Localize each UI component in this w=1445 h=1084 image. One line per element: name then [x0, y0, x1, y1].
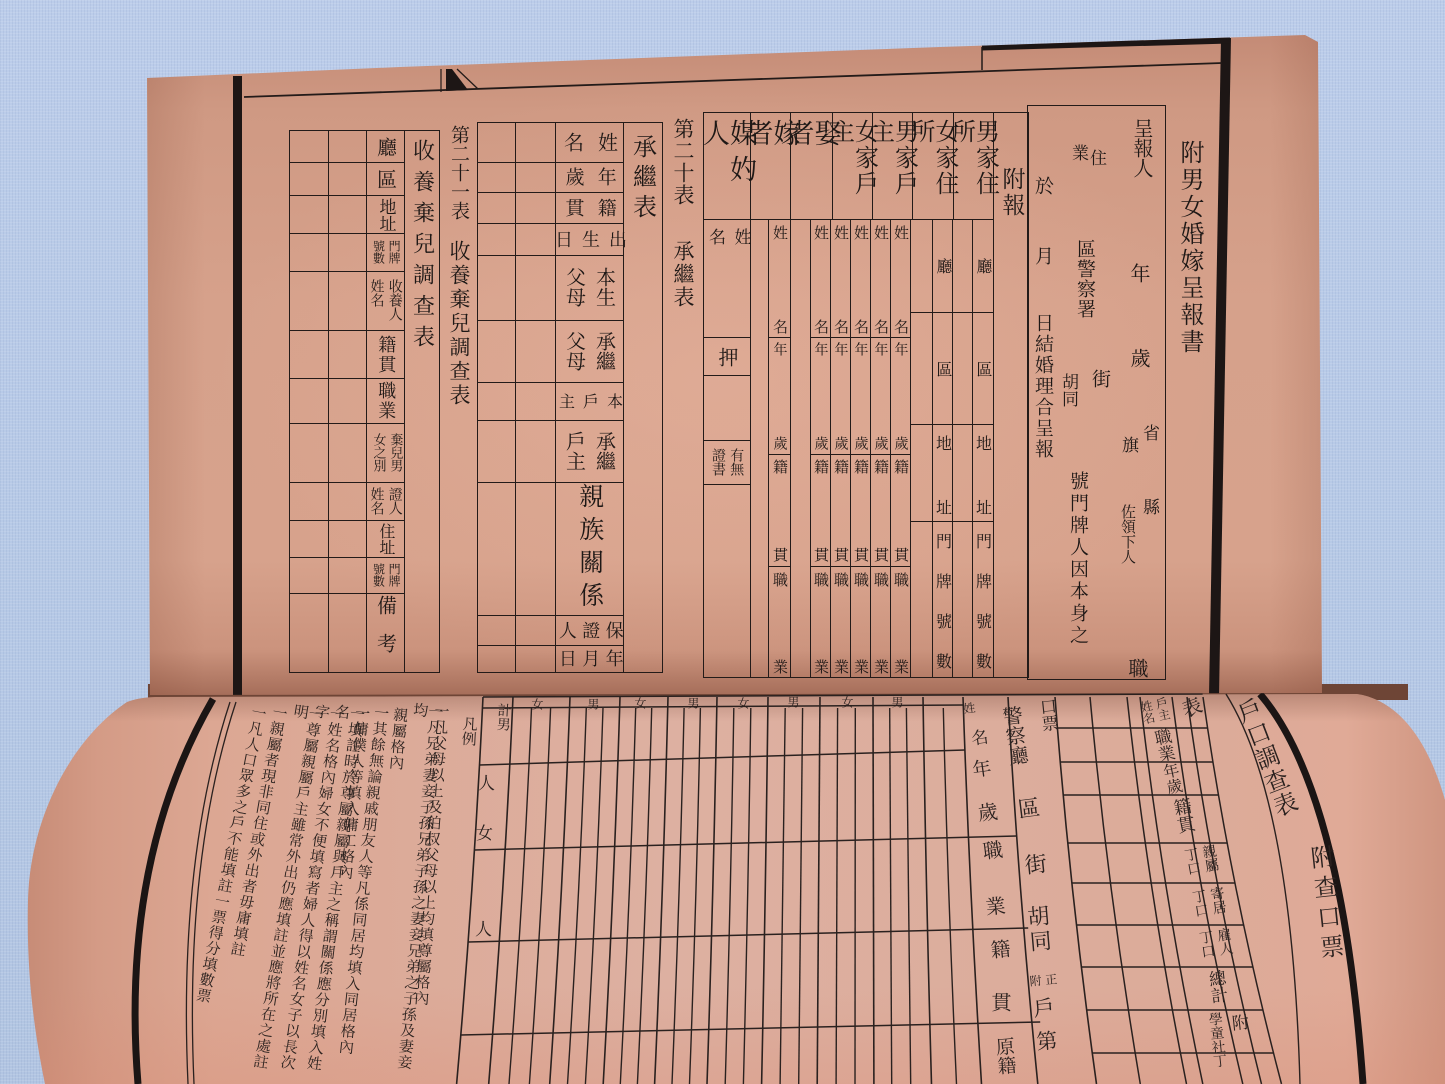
- matchmaker-column: 姓名 押 有無證書: [704, 220, 751, 677]
- household-field-label: 親屬丁口: [1180, 843, 1221, 878]
- field-cell: 年歲: [831, 338, 850, 455]
- table-row: 區: [290, 163, 405, 196]
- row-label-cell: 門牌號數: [367, 558, 405, 593]
- row-label: 廳: [373, 137, 399, 157]
- left-thick-rule: [233, 76, 242, 696]
- field-label: 年歲: [894, 338, 908, 454]
- address-label-cell: 地址: [933, 425, 953, 521]
- address-label: 門牌號數: [935, 522, 951, 677]
- row-label: 地址: [374, 198, 396, 232]
- row-label: 備考: [373, 595, 399, 671]
- field-cell: 職業: [871, 567, 890, 677]
- field-label: 姓名: [772, 220, 787, 337]
- blank-cell: [478, 421, 516, 482]
- table-row: 籍貫: [478, 193, 624, 224]
- book-photo: 戶口調查表 附查口票 表 戶主姓名 職業 年歲 籍貫 親屬丁口 寄居丁口 雇人丁…: [0, 0, 1445, 1084]
- adoption-table-body: 廳 區 地址 門牌號數 收養人姓名 籍貫 職業 棄兒男女之別 證人姓名 住址 門…: [290, 131, 405, 672]
- blank-cell: [516, 383, 556, 420]
- row-label-cell: 姓名: [556, 123, 624, 162]
- table-21-title-column: 收養棄兒調查表: [405, 131, 438, 672]
- table-row: 出生日: [478, 224, 624, 256]
- totals-label: 計男: [496, 703, 511, 732]
- banner-label: 旗: [1119, 436, 1136, 453]
- blank-cell: [329, 424, 367, 482]
- row-label-cell: 地址: [367, 196, 405, 233]
- table-row: 職業: [290, 379, 405, 424]
- blank-cell: [911, 425, 933, 521]
- ticket-heading: 口票: [1036, 697, 1056, 733]
- row-label: 收養人姓名: [367, 279, 403, 322]
- census-form-title: 戶口調查表: [1232, 696, 1299, 821]
- census-form-subtitle: 附查口票: [1307, 844, 1343, 966]
- address-label: 地址: [975, 425, 991, 521]
- blank-cell: [953, 313, 973, 424]
- previous-title-tail: 表: [1178, 695, 1204, 721]
- age-label: 歲: [1129, 348, 1149, 368]
- field-cell: 姓名: [811, 220, 830, 338]
- blank-cell: [290, 163, 329, 195]
- row-label-cell: 住址: [367, 521, 405, 557]
- field-cell: 職業: [831, 567, 850, 677]
- attach-report-label: 附報: [1000, 167, 1023, 219]
- field-cell: 職業: [891, 567, 910, 677]
- blank-cell: [290, 594, 329, 672]
- matchmaker-seal-label: 押: [714, 347, 740, 367]
- blank-cell: [290, 424, 329, 482]
- header-groom-family-address: 男家住所: [954, 113, 994, 219]
- field-cell: 籍貫: [851, 455, 870, 567]
- grid-header-male: 男: [687, 697, 699, 709]
- table-row: 親族關係: [478, 483, 624, 616]
- row-label: 門牌號數: [370, 563, 401, 588]
- table-row: 證人姓名: [290, 483, 405, 521]
- row-label-cell: 年月日: [556, 646, 624, 672]
- row-label: 證人姓名: [367, 487, 403, 516]
- occupation-tail-label: 業: [1069, 144, 1086, 161]
- house-number-clause: 號門牌人因本身之: [1068, 471, 1087, 647]
- field-label: 年歲: [834, 338, 848, 454]
- year-label: 年: [1129, 263, 1149, 283]
- field-cell: 年歲: [871, 338, 890, 455]
- address-label-cell: 門牌號數: [933, 522, 953, 677]
- table-row: 門牌號數: [290, 234, 405, 272]
- household-field-label: 學童社丁: [1207, 1011, 1227, 1068]
- row-label-cell: 籍貫: [556, 193, 624, 223]
- field-cell: 年歲: [811, 338, 830, 455]
- row-label: 出生日: [549, 230, 630, 249]
- blank-cell: [290, 558, 329, 593]
- row-label: 保證人: [554, 621, 624, 640]
- field-label: 籍貫: [772, 455, 787, 566]
- marriage-table-header-row: 媒妁人 嫁者 娶者 女家戶主 男家戶主 女家住所 男家住所: [704, 113, 994, 220]
- grid-header-female: 女: [634, 697, 646, 709]
- table-20-title-column: 承繼表: [624, 123, 661, 672]
- field-label: 姓名: [853, 220, 868, 337]
- marriage-report-table: 媒妁人 嫁者 娶者 女家戶主 男家戶主 女家住所 男家住所 姓名 押 有無證書: [703, 112, 1029, 678]
- field-label: 姓名: [873, 220, 888, 337]
- table-row: 門牌號數: [290, 558, 405, 594]
- matchmaker-name-cell: 姓名: [704, 220, 750, 338]
- address-row: 廳 廳: [911, 220, 993, 313]
- table-row: 年月日: [478, 646, 624, 672]
- certificate-label: 有無證書: [709, 448, 745, 477]
- field-cell: 姓名: [891, 220, 910, 338]
- field-label: 職業: [873, 567, 888, 677]
- ticket-street: 街: [1021, 852, 1045, 876]
- grid-header-male: 男: [787, 696, 799, 708]
- blank-cell: [329, 521, 367, 557]
- ticket-alley: 胡同: [1024, 904, 1050, 956]
- household-field-label: 戶主姓名: [1136, 696, 1172, 727]
- blank-cell: [516, 321, 556, 382]
- header-label: 男家住所: [950, 119, 998, 219]
- blank-cell: [516, 163, 556, 192]
- blank-cell: [478, 123, 516, 162]
- banner-company-label: 佐領下人: [1120, 504, 1135, 564]
- field-cell: 職業: [769, 567, 790, 677]
- matchmaker-name-label: 姓名: [702, 228, 753, 246]
- top-thin-rule: [244, 63, 1222, 97]
- row-label-cell: 棄兒男女之別: [367, 424, 405, 482]
- row-label-cell: 職業: [367, 379, 405, 423]
- blank-cell: [329, 558, 367, 593]
- person-field-label: 年: [969, 758, 990, 779]
- ticket-household: 戶: [1031, 996, 1054, 1019]
- ticket-number: 第: [1034, 1029, 1057, 1052]
- person-field-label: 貫: [990, 992, 1010, 1012]
- attachment-mark: 附: [1228, 1013, 1247, 1032]
- certificate-cell: 有無證書: [704, 441, 750, 485]
- row-label: 區: [373, 169, 399, 189]
- blank-cell: [329, 594, 367, 672]
- table-20-outer-title: 承繼表: [672, 240, 693, 309]
- groom-family-head-fields-column: 姓名 年歲 籍貫 職業: [871, 220, 891, 677]
- field-label: 籍貫: [813, 455, 828, 566]
- address-label-cell: 廳: [933, 220, 953, 312]
- row-label-cell: 門牌號數: [367, 234, 405, 271]
- street-label: 街: [1090, 369, 1109, 388]
- table-row: 廳: [290, 131, 405, 163]
- field-label: 職業: [833, 567, 848, 677]
- row-label-cell: 保證人: [556, 616, 624, 645]
- county-label: 縣: [1140, 498, 1157, 515]
- marriage-table-body: 姓名 押 有無證書 姓名 年歲 籍貫 職業 姓名 年歲 籍貫: [704, 220, 994, 677]
- field-label: 職業: [813, 567, 828, 677]
- row-label-cell: 備考: [367, 594, 405, 672]
- field-label: 籍貫: [853, 455, 868, 566]
- row-label: 籍貫: [557, 198, 622, 219]
- row-label-cell: 親族關係: [556, 483, 624, 615]
- table-row: 承繼戶主: [478, 421, 624, 483]
- blank-cell: [516, 616, 556, 645]
- field-cell: 籍貫: [831, 455, 850, 567]
- blank-cell: [290, 331, 329, 378]
- blank-cell: [704, 376, 750, 441]
- province-label: 省: [1140, 424, 1157, 441]
- blank-cell: [329, 131, 367, 162]
- table-row: 地址: [290, 196, 405, 234]
- blank-cell: [290, 196, 329, 233]
- blank-cell: [329, 234, 367, 271]
- row-label-cell: 承繼戶主: [556, 421, 624, 482]
- address-label-cell: 區: [933, 313, 953, 424]
- row-label-cell: 廳: [367, 131, 405, 162]
- ticket-household-kind: 正附: [1026, 973, 1058, 989]
- blank-cell: [953, 220, 973, 312]
- bride-fields-column: 姓名 年歲 籍貫 職業: [769, 220, 791, 677]
- row-label-cell: 收養人姓名: [367, 272, 405, 330]
- table-row: 棄兒男女之別: [290, 424, 405, 483]
- address-label-cell: 門牌號數: [973, 522, 992, 677]
- blank-cell: [478, 483, 516, 615]
- blank-cell: [290, 131, 329, 162]
- field-label: 姓名: [893, 220, 908, 337]
- table-21-inner-title: 收養棄兒調查表: [411, 139, 433, 672]
- blank-cell: [329, 272, 367, 330]
- row-label: 籍貫: [374, 335, 397, 375]
- table-row: 保證人: [478, 616, 624, 646]
- field-cell: 籍貫: [871, 455, 890, 567]
- matchmaker-seal-cell: 押: [704, 338, 750, 376]
- attach-report-column: 附報: [995, 167, 1027, 219]
- police-station-label: 區警察署: [1075, 239, 1094, 319]
- person-field-label: 姓: [962, 701, 976, 715]
- totals-unit-male: 人: [475, 774, 492, 791]
- reporter-label: 呈報人: [1132, 118, 1152, 178]
- groom-family-head-fields-column: 姓名 年歲 籍貫 職業: [891, 220, 911, 677]
- table-row: 收養人姓名: [290, 272, 405, 331]
- blank-cell: [329, 163, 367, 195]
- blank-cell: [516, 123, 556, 162]
- blank-cell: [329, 331, 367, 378]
- groom-fields-column: 姓名 年歲 籍貫 職業: [811, 220, 831, 677]
- row-label-cell: 區: [367, 163, 405, 195]
- row-label: 承繼父母: [560, 331, 620, 373]
- blank-cell: [478, 193, 516, 223]
- notes-heading: 凡例: [460, 716, 477, 747]
- field-cell: 年歲: [769, 338, 790, 455]
- blank-cell: [953, 425, 973, 521]
- blank-cell: [953, 522, 973, 677]
- field-label: 年歲: [773, 338, 787, 454]
- right-thick-rule: [1209, 38, 1231, 696]
- table-row: 住址: [290, 521, 405, 558]
- person-field-label: 原籍: [993, 1036, 1015, 1076]
- blank-cell: [478, 256, 516, 320]
- table-21-outer-title: 收養棄兒調查表: [448, 240, 469, 408]
- blank-cell: [478, 224, 516, 255]
- address-label-cell: 廳: [973, 220, 992, 312]
- row-label: 年月日: [554, 649, 624, 668]
- address-label: 門牌號數: [975, 522, 991, 677]
- row-label-cell: 證人姓名: [367, 483, 405, 520]
- field-label: 年歲: [814, 338, 828, 454]
- table-row: 備考: [290, 594, 405, 672]
- person-field-label: 職: [980, 839, 1002, 861]
- field-cell: 籍貫: [891, 455, 910, 567]
- field-cell: 籍貫: [811, 455, 830, 567]
- field-cell: 姓名: [851, 220, 870, 338]
- blank-cell: [478, 646, 516, 672]
- closing-clause: 日結婚理合呈報: [1033, 313, 1052, 460]
- household-field-label: 雇人丁口: [1195, 926, 1235, 960]
- table-row: 籍貫: [290, 331, 405, 379]
- reporter-statement-box: 呈報人 年 歲 省 旗 縣 佐領下人 職 業 住 區警察署 街 胡同 號門牌人因…: [1027, 105, 1166, 680]
- address-label: 區: [932, 361, 953, 377]
- household-field-label: 籍貫: [1170, 796, 1195, 835]
- table-row: 本戶主: [478, 383, 624, 421]
- field-label: 職業: [772, 567, 787, 677]
- blank-cell: [329, 483, 367, 520]
- ticket-police-office: 警察廳: [1000, 705, 1028, 767]
- table-20-inner-title: 承繼表: [631, 134, 655, 672]
- row-label-cell: 籍貫: [367, 331, 405, 378]
- blank-cell: [290, 234, 329, 271]
- blank-cell: [911, 313, 933, 424]
- blank-cell: [478, 321, 516, 382]
- bride-family-head-fields-column: 姓名 年歲 籍貫 職業: [851, 220, 871, 677]
- field-cell: 職業: [811, 567, 830, 677]
- succession-table: 姓名 年歲 籍貫 出生日 本生父母 承繼父母 本戶主 承繼戶主 親族關係 保證人…: [477, 122, 663, 673]
- row-label-cell: 承繼父母: [556, 321, 624, 382]
- household-field-label: 職業: [1150, 727, 1174, 764]
- field-cell: 姓名: [871, 220, 890, 338]
- household-field-label: 總計: [1205, 969, 1226, 1005]
- household-field-label: 寄居丁口: [1188, 885, 1229, 920]
- month-label: 月: [1033, 246, 1052, 265]
- field-label: 年歲: [854, 338, 868, 454]
- blank-cell: [516, 193, 556, 223]
- row-label-cell: 出生日: [556, 224, 624, 255]
- address-row: 地址 地址: [911, 425, 993, 522]
- blank-cell: [290, 379, 329, 423]
- grid-header-female: 女: [841, 696, 853, 708]
- field-label: 年歲: [874, 338, 888, 454]
- table-row: 本生父母: [478, 256, 624, 321]
- bride-family-head-fields-column: 姓名 年歲 籍貫 職業: [831, 220, 851, 677]
- address-label: 區: [972, 361, 993, 377]
- address-label: 地址: [935, 425, 951, 521]
- household-field-label: 年歲: [1160, 761, 1182, 796]
- row-label: 住址: [375, 523, 396, 555]
- row-label: 親族關係: [573, 483, 606, 615]
- address-label-cell: 區: [973, 313, 992, 424]
- blank-cell: [516, 421, 556, 482]
- person-field-label: 業: [983, 895, 1005, 917]
- alley-label: 胡同: [1059, 373, 1076, 407]
- field-label: 職業: [893, 567, 908, 677]
- row-label-cell: 本戶主: [556, 383, 624, 420]
- row-label: 承繼戶主: [560, 431, 620, 473]
- blank-cell: [516, 256, 556, 320]
- field-cell: 年歲: [891, 338, 910, 455]
- grid-header-female: 女: [737, 697, 749, 709]
- row-label: 姓名: [556, 132, 624, 154]
- succession-table-body: 姓名 年歲 籍貫 出生日 本生父母 承繼父母 本戶主 承繼戶主 親族關係 保證人…: [478, 123, 624, 672]
- field-cell: 姓名: [769, 220, 790, 338]
- table-row: 年歲: [478, 163, 624, 193]
- blank-cell: [911, 220, 933, 312]
- address-label: 廳: [932, 258, 953, 274]
- person-field-label: 歲: [975, 801, 997, 823]
- row-label: 本生父母: [560, 267, 620, 309]
- blank-cell: [290, 521, 329, 557]
- occupation-label: 職: [1127, 658, 1147, 678]
- row-label-cell: 年歲: [556, 163, 624, 192]
- blank-column: [751, 220, 769, 677]
- address-fields-region: 廳 廳 區 區 地址 地址: [911, 220, 994, 677]
- blank-cell: [290, 272, 329, 330]
- address-label-cell: 地址: [973, 425, 992, 521]
- field-cell: 年歲: [851, 338, 870, 455]
- field-cell: 姓名: [831, 220, 850, 338]
- blank-cell: [290, 483, 329, 520]
- row-label: 棄兒男女之別: [369, 433, 403, 473]
- blank-cell: [329, 379, 367, 423]
- address-row: 門牌號數 門牌號數: [911, 522, 993, 677]
- table-20-number: 第二十表: [672, 118, 693, 206]
- residence-label: 住: [1087, 149, 1104, 166]
- marriage-form-title: 附男女婚嫁呈報書: [1178, 140, 1202, 356]
- blank-cell: [516, 483, 556, 615]
- blank-cell: [329, 196, 367, 233]
- person-field-label: 籍: [988, 938, 1010, 960]
- person-field-label: 名: [967, 728, 986, 747]
- adoption-survey-table: 廳 區 地址 門牌號數 收養人姓名 籍貫 職業 棄兒男女之別 證人姓名 住址 門…: [289, 130, 440, 673]
- field-label: 職業: [853, 567, 868, 677]
- blank-cell: [704, 485, 750, 677]
- blank-cell: [478, 163, 516, 192]
- table-row: 姓名: [478, 123, 624, 163]
- field-cell: 職業: [851, 567, 870, 677]
- blank-column: [791, 220, 811, 677]
- row-label: 本戶主: [554, 393, 626, 410]
- field-label: 籍貫: [833, 455, 848, 566]
- field-label: 籍貫: [893, 455, 908, 566]
- grid-header-male: 男: [891, 696, 903, 708]
- row-label: 年歲: [557, 167, 622, 188]
- field-cell: 籍貫: [769, 455, 790, 567]
- grid-header-male: 男: [587, 698, 599, 710]
- address-row: 區 區: [911, 313, 993, 425]
- note-line: 親屬格內: [387, 706, 408, 771]
- row-label-cell: 本生父母: [556, 256, 624, 320]
- blank-cell: [478, 616, 516, 645]
- blank-cell: [516, 646, 556, 672]
- field-label: 籍貫: [873, 455, 888, 566]
- row-label: 門牌號數: [370, 240, 401, 265]
- table-21-number: 第二十一表: [449, 125, 468, 220]
- blank-cell: [911, 522, 933, 677]
- fishtail-mark: [446, 69, 468, 91]
- row-label: 職業: [374, 381, 397, 421]
- totals-unit-female: 人: [472, 920, 489, 937]
- ticket-district: 區: [1014, 796, 1039, 821]
- field-label: 姓名: [813, 220, 828, 337]
- grid-header-female: 女: [531, 698, 543, 710]
- totals-female: 女: [473, 824, 490, 841]
- address-label: 廳: [972, 258, 993, 274]
- on-label: 於: [1033, 176, 1052, 195]
- blank-cell: [478, 383, 516, 420]
- table-row: 承繼父母: [478, 321, 624, 383]
- field-label: 姓名: [833, 220, 848, 337]
